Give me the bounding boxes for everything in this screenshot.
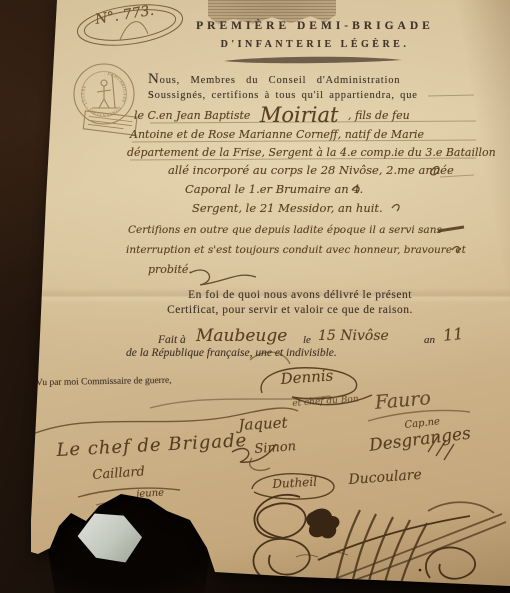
hw-line8: interruption et s'est toujours conduit a… — [126, 244, 466, 256]
hw-line7: Certifions en outre que depuis ladite ép… — [128, 224, 442, 236]
fait-an: an — [424, 334, 435, 346]
round-unit-stamp: · DEMI-BRIGADE · D'INFANTERIE · LÉGÈRE · — [74, 64, 137, 135]
letterhead-line2: D'INFANTERIE LÉGÈRE. — [150, 39, 480, 50]
signature-dutheil: Dutheil — [272, 475, 317, 491]
fait-place: Maubeuge — [196, 326, 287, 346]
document-paper: · DEMI-BRIGADE · D'INFANTERIE · LÉGÈRE · — [0, 0, 510, 593]
hw-line6: Sergent, le 21 Messidor, an huit. — [192, 201, 383, 215]
fait-date: 15 Nivôse — [318, 328, 389, 344]
signature-simon: Simon — [254, 439, 297, 457]
signature-commissaire: Dennis — [280, 366, 334, 388]
document-number: N°. 773. — [94, 3, 155, 28]
stamp-figure-icon — [92, 74, 118, 108]
vu-commissaire-label: Vu par moi Commissaire de guerre, — [36, 376, 172, 388]
fait-line2: de la République française, une et indiv… — [126, 347, 337, 359]
ink-blot — [306, 509, 339, 539]
hw-line9: probité. — [148, 263, 192, 276]
stamp-ring-text: · DEMI-BRIGADE · D'INFANTERIE · LÉGÈRE · — [80, 70, 127, 117]
stamp-cartouche — [83, 111, 137, 135]
signature-commissaire-sub: et chef du Bon — [292, 394, 359, 409]
header-tapered-rule — [224, 57, 402, 64]
stamp-ring-textpath: · DEMI-BRIGADE · D'INFANTERIE · LÉGÈRE · — [80, 70, 127, 117]
hw-soldier-name: Moiriat — [260, 103, 339, 127]
signature-caillard-sub: jeune — [136, 488, 164, 500]
closing-line1: En foi de quoi nous avons délivré le pré… — [150, 289, 450, 301]
signature-fauro: Fauro — [374, 387, 432, 414]
photo-of-document: · DEMI-BRIGADE · D'INFANTERIE · LÉGÈRE · — [0, 0, 510, 593]
closing-line2: Certificat, pour servir et valoir ce que… — [130, 304, 450, 316]
paper-wrap: · DEMI-BRIGADE · D'INFANTERIE · LÉGÈRE · — [0, 0, 510, 593]
hw-line2: Antoine et de Rose Marianne Corneff, nat… — [130, 128, 424, 141]
fait-prefix: Fait à — [158, 334, 186, 346]
fait-le: le — [303, 334, 311, 346]
grand-flourish — [253, 495, 506, 592]
hw-line5: Caporal le 1.er Brumaire an 4. — [185, 182, 363, 196]
hw-line1-pre: le C.en Jean Baptiste — [134, 109, 250, 122]
letterhead-line1: PREMIÈRE DEMI-BRIGADE — [150, 20, 480, 32]
hw-line4: allé incorporé au corps le 28 Nivôse, 2.… — [168, 163, 454, 177]
signature-chef-de-brigade: Le chef de Brigade — [56, 430, 248, 461]
hw-line1: le C.en Jean Baptiste Moiriat , fils de … — [134, 103, 410, 127]
body-printed-line2: soussignés, certifions à tous qu'il appa… — [148, 86, 418, 103]
hw-line1-post: , fils de feu — [348, 109, 410, 122]
signature-ducoulare: Ducoulare — [348, 467, 422, 488]
hw-line3: département de la Frise, Sergent à la 4.… — [127, 146, 496, 159]
signature-caillard: Caillard — [92, 464, 145, 483]
fait-year: 11 — [442, 324, 464, 345]
